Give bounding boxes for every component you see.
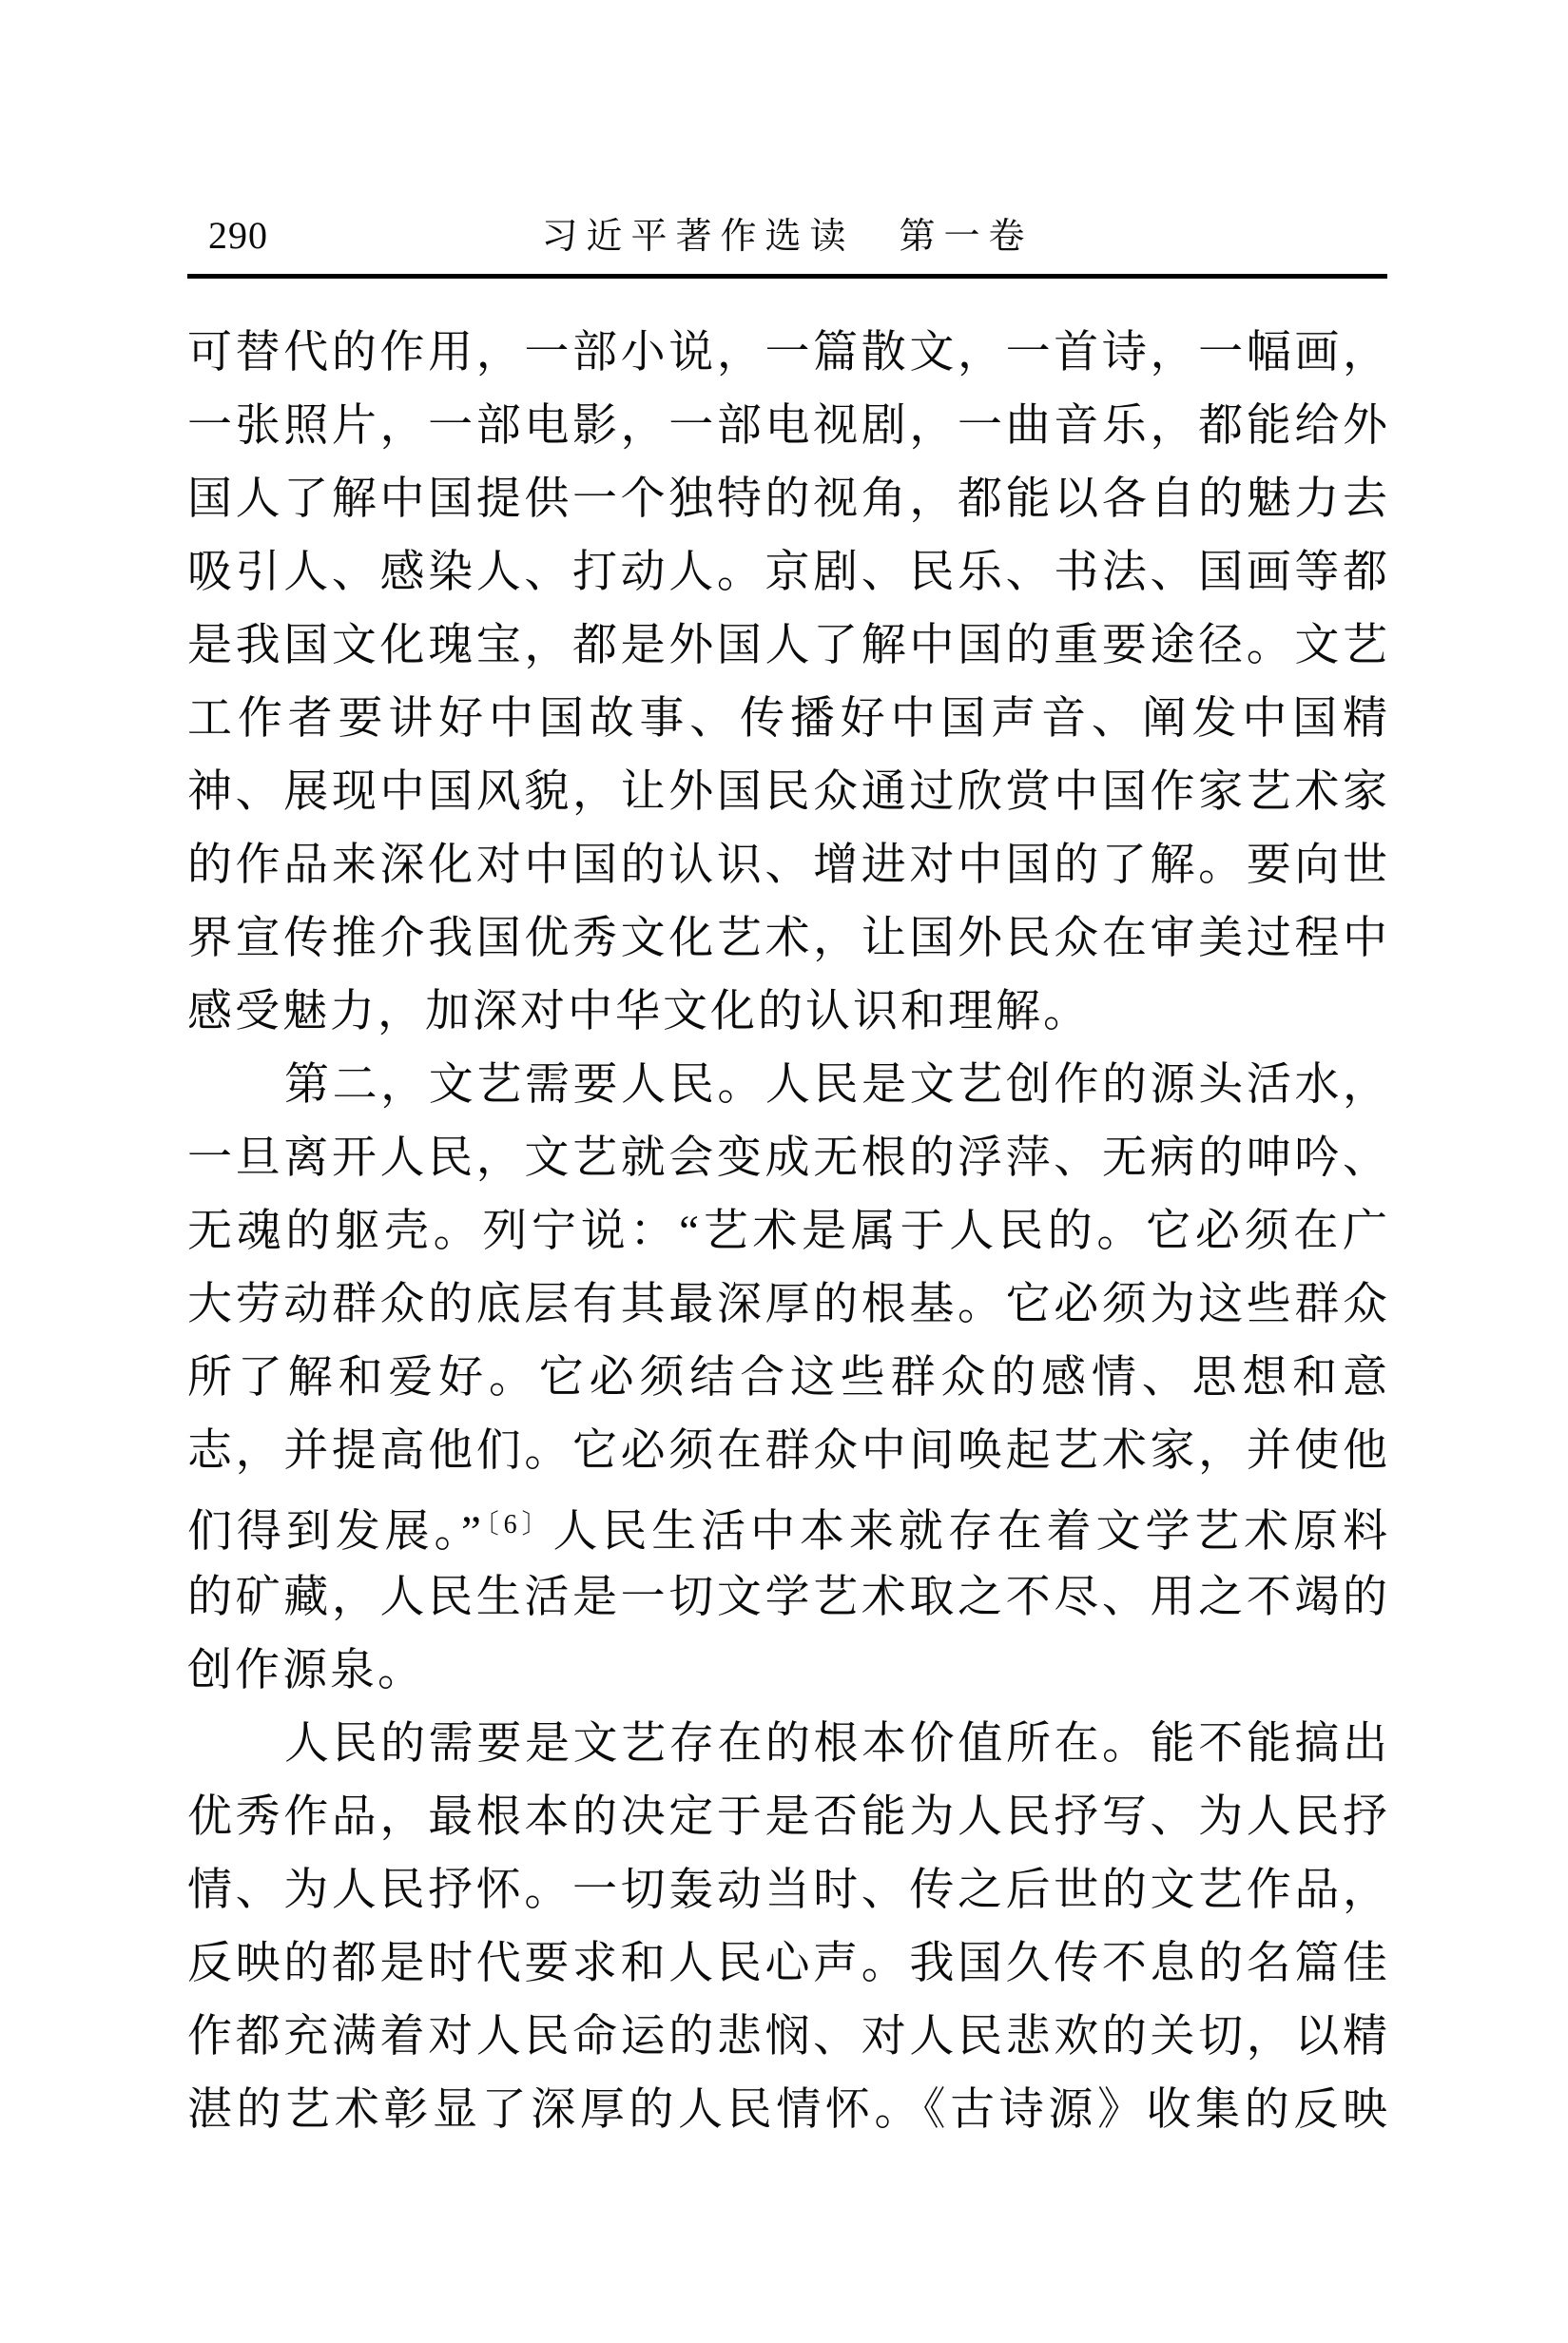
- text-segment: 界宣传推介我国优秀文化艺术，让国外民众在审美过程中: [187, 914, 1387, 963]
- text-line: 的作品来深化对中国的认识、增进对中国的了解。要向世: [187, 829, 1387, 902]
- text-segment: 工作者要讲好中国故事、传播好中国声音、阐发中国精: [187, 694, 1387, 744]
- footnote-ref: 〔6〕: [481, 1510, 553, 1539]
- paragraph: 人民的需要是文艺存在的根本价值所在。能不能搞出优秀作品，最根本的决定于是否能为人…: [187, 1708, 1387, 2147]
- text-line: 们得到发展。”〔6〕人民生活中本来就存在着文学艺术原料: [187, 1488, 1387, 1561]
- text-segment: 大劳动群众的底层有其最深厚的根基。它必须为这些群众: [187, 1280, 1387, 1329]
- text-line: 是我国文化瑰宝，都是外国人了解中国的重要途径。文艺: [187, 610, 1387, 683]
- text-segment: 一张照片，一部电影，一部电视剧，一曲音乐，都能给外: [187, 401, 1387, 451]
- text-segment: 优秀作品，最根本的决定于是否能为人民抒写、为人民抒: [187, 1792, 1387, 1842]
- text-segment: 人民生活中本来就存在着文学艺术原料: [552, 1507, 1387, 1557]
- body-text: 可替代的作用，一部小说，一篇散文，一首诗，一幅画，一张照片，一部电影，一部电视剧…: [187, 317, 1387, 2147]
- text-segment: 无魂的躯壳。列宁说：“艺术是属于人民的。它必须在广: [187, 1207, 1387, 1256]
- text-segment: 作都充满着对人民命运的悲悯、对人民悲欢的关切，以精: [187, 2012, 1387, 2062]
- text-line: 无魂的躯壳。列宁说：“艺术是属于人民的。它必须在广: [187, 1195, 1387, 1268]
- text-segment: 是我国文化瑰宝，都是外国人了解中国的重要途径。文艺: [187, 621, 1387, 670]
- text-segment: 可替代的作用，一部小说，一篇散文，一首诗，一幅画，: [187, 328, 1387, 378]
- text-line: 反映的都是时代要求和人民心声。我国久传不息的名篇佳: [187, 1927, 1387, 2001]
- text-line: 创作源泉。: [187, 1635, 1387, 1708]
- text-line: 志，并提高他们。它必须在群众中间唤起艺术家，并使他: [187, 1415, 1387, 1488]
- text-line: 感受魅力，加深对中华文化的认识和理解。: [187, 976, 1387, 1049]
- text-segment: 志，并提高他们。它必须在群众中间唤起艺术家，并使他: [187, 1426, 1387, 1476]
- text-segment: 吸引人、感染人、打动人。京剧、民乐、书法、国画等都: [187, 548, 1387, 597]
- text-segment: 所了解和爱好。它必须结合这些群众的感情、思想和意: [187, 1353, 1387, 1403]
- text-line: 情、为人民抒怀。一切轰动当时、传之后世的文艺作品，: [187, 1854, 1387, 1927]
- text-segment: 一旦离开人民，文艺就会变成无根的浮萍、无病的呻吟、: [187, 1133, 1387, 1183]
- text-segment: 湛的艺术彰显了深厚的人民情怀。《古诗源》收集的反映: [187, 2085, 1387, 2135]
- text-line: 人民的需要是文艺存在的根本价值所在。能不能搞出: [187, 1708, 1387, 1781]
- running-title: 习近平著作选读 第一卷: [187, 219, 1387, 255]
- text-line: 工作者要讲好中国故事、传播好中国声音、阐发中国精: [187, 683, 1387, 756]
- text-line: 湛的艺术彰显了深厚的人民情怀。《古诗源》收集的反映: [187, 2074, 1387, 2147]
- book-page: 290 习近平著作选读 第一卷 可替代的作用，一部小说，一篇散文，一首诗，一幅画…: [0, 0, 1568, 2343]
- text-segment: 国人了解中国提供一个独特的视角，都能以各自的魅力去: [187, 474, 1387, 524]
- text-line: 所了解和爱好。它必须结合这些群众的感情、思想和意: [187, 1342, 1387, 1415]
- header-rule: [187, 274, 1387, 279]
- text-line: 作都充满着对人民命运的悲悯、对人民悲欢的关切，以精: [187, 2001, 1387, 2074]
- text-line: 吸引人、感染人、打动人。京剧、民乐、书法、国画等都: [187, 536, 1387, 610]
- text-segment: 感受魅力，加深对中华文化的认识和理解。: [187, 987, 1091, 1036]
- text-line: 国人了解中国提供一个独特的视角，都能以各自的魅力去: [187, 463, 1387, 536]
- text-segment: 的矿藏，人民生活是一切文学艺术取之不尽、用之不竭的: [187, 1573, 1387, 1622]
- text-segment: 第二，文艺需要人民。人民是文艺创作的源头活水，: [284, 1060, 1387, 1110]
- text-line: 界宣传推介我国优秀文化艺术，让国外民众在审美过程中: [187, 902, 1387, 976]
- text-line: 一旦离开人民，文艺就会变成无根的浮萍、无病的呻吟、: [187, 1122, 1387, 1195]
- text-line: 优秀作品，最根本的决定于是否能为人民抒写、为人民抒: [187, 1781, 1387, 1854]
- text-segment: 创作源泉。: [187, 1646, 425, 1695]
- text-line: 大劳动群众的底层有其最深厚的根基。它必须为这些群众: [187, 1268, 1387, 1342]
- text-line: 第二，文艺需要人民。人民是文艺创作的源头活水，: [187, 1049, 1387, 1122]
- text-segment: 的作品来深化对中国的认识、增进对中国的了解。要向世: [187, 841, 1387, 890]
- paragraph: 可替代的作用，一部小说，一篇散文，一首诗，一幅画，一张照片，一部电影，一部电视剧…: [187, 317, 1387, 1049]
- text-line: 一张照片，一部电影，一部电视剧，一曲音乐，都能给外: [187, 390, 1387, 463]
- text-line: 的矿藏，人民生活是一切文学艺术取之不尽、用之不竭的: [187, 1561, 1387, 1635]
- text-segment: 人民的需要是文艺存在的根本价值所在。能不能搞出: [284, 1719, 1387, 1769]
- page-header: 290 习近平著作选读 第一卷: [187, 207, 1387, 257]
- text-segment: 反映的都是时代要求和人民心声。我国久传不息的名篇佳: [187, 1939, 1387, 1988]
- text-segment: 情、为人民抒怀。一切轰动当时、传之后世的文艺作品，: [187, 1866, 1387, 1915]
- text-line: 神、展现中国风貌，让外国民众通过欣赏中国作家艺术家: [187, 756, 1387, 829]
- text-segment: 神、展现中国风貌，让外国民众通过欣赏中国作家艺术家: [187, 767, 1387, 817]
- text-line: 可替代的作用，一部小说，一篇散文，一首诗，一幅画，: [187, 317, 1387, 390]
- text-segment: 们得到发展。”: [187, 1507, 481, 1557]
- paragraph: 第二，文艺需要人民。人民是文艺创作的源头活水，一旦离开人民，文艺就会变成无根的浮…: [187, 1049, 1387, 1708]
